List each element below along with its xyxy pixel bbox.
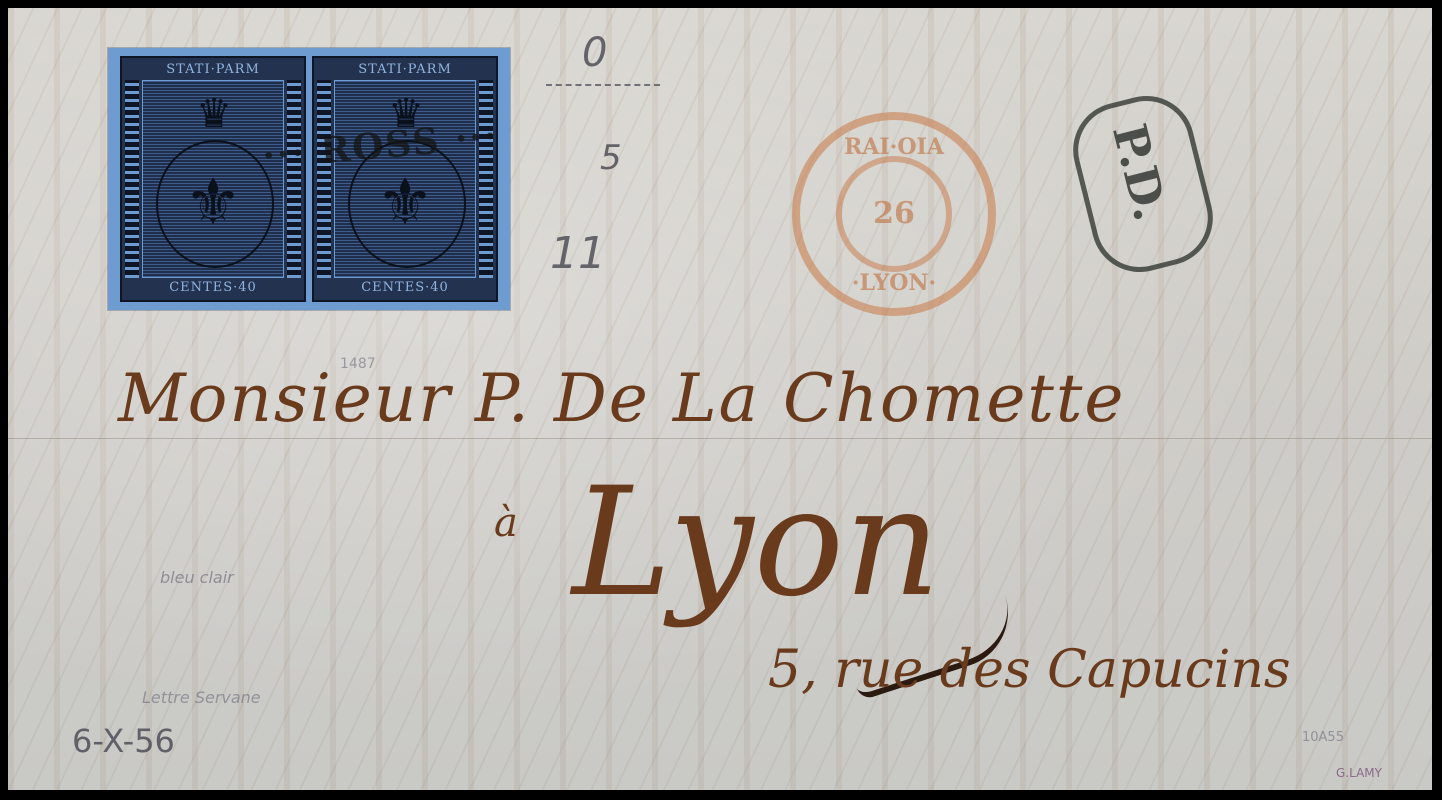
fleur-de-lis-icon: ⚜: [156, 158, 270, 248]
pencil-arrow: [546, 84, 660, 87]
pencil-number-middle: 5: [600, 138, 622, 178]
address-street: 5, rue des Capucins: [768, 640, 1291, 700]
greek-key-border: [125, 80, 139, 278]
stamp-parma-40c-right: STATI·PARM ♛ ⚜ CENTES·40: [312, 56, 498, 302]
address-city: Lyon: [572, 456, 941, 630]
fleur-de-lis-icon: ⚜: [348, 158, 462, 248]
faint-pencil-note: bleu clair: [160, 568, 234, 587]
pencil-date: 6-X-56: [72, 722, 175, 760]
red-circular-postmark: RAI·OIA 26 ·LYON·: [792, 112, 996, 316]
faint-pencil-note: Lettre Servane: [142, 688, 261, 707]
stamp-bottom-label: CENTES·40: [122, 278, 304, 298]
address-recipient: Monsieur P. De La Chomette: [118, 360, 1126, 437]
pd-text: P.D.: [1100, 111, 1179, 233]
expert-signature: G.LAMY: [1336, 766, 1382, 780]
stamp-top-label: STATI·PARM: [122, 60, 304, 80]
crown-icon: ♛: [172, 92, 256, 136]
pencil-number-top: 0: [582, 30, 607, 76]
pencil-mark-lower: 11: [550, 228, 606, 279]
address-a: à: [494, 500, 518, 546]
postmark-bottom-text: ·LYON·: [800, 270, 988, 296]
greek-key-border: [317, 80, 331, 278]
stamp-bottom-label: CENTES·40: [314, 278, 496, 298]
stamp-parma-40c-left: STATI·PARM ♛ ⚜ CENTES·40: [120, 56, 306, 302]
stamp-top-label: STATI·PARM: [314, 60, 496, 80]
greek-key-border: [479, 80, 493, 278]
faint-pencil-number: 10A55: [1302, 730, 1344, 745]
postmark-center-text: 26: [800, 196, 988, 231]
greek-key-border: [287, 80, 301, 278]
stamp-pair: STATI·PARM ♛ ⚜ CENTES·40 STATI·PARM ♛ ⚜ …: [108, 48, 510, 310]
